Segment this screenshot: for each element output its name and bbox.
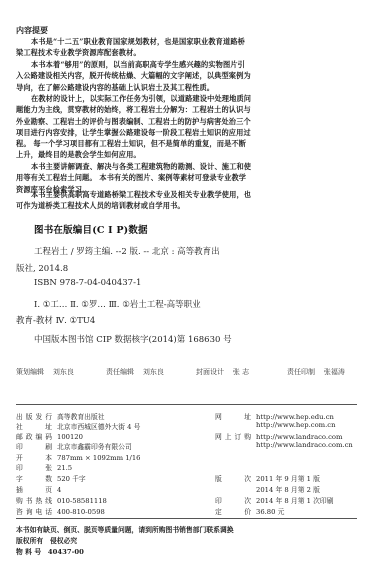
paragraph-line: 可作为道桥类工程技术人员的培训教材或自学用书。 <box>16 200 254 211</box>
credit-label: 封面设计 <box>196 368 224 376</box>
paragraph-line: 本书主要讲解调查、解决与各类工程建筑物的勘测、设计、施工和使 <box>16 161 254 172</box>
paragraph-line: 程。 每一个学习项目都有工程岩土知识，但不是简单的重复，而是不断 <box>16 138 254 149</box>
cip-line-1: 工程岩土 / 罗筠主编. --2 版. -- 北京 : 高等教育出 <box>34 245 220 257</box>
online-order-link[interactable]: http://www.landraco.com <box>256 433 342 441</box>
credit-responsible-editor: 责任编辑 刘东良 <box>106 367 164 377</box>
content-summary-heading: 内容提要 <box>16 25 48 36</box>
info-publisher: 出版发行高等教育出版社 <box>16 411 105 421</box>
info-label: 版 次 <box>215 473 251 483</box>
info-edition: 版 次2011 年 9 月第 1 版 <box>215 473 320 483</box>
info-value: 787mm × 1092mm 1/16 <box>57 454 141 462</box>
quality-notice: 本书如有缺页、倒页、脱页等质量问题，请到所购图书销售部门联系调换 <box>16 524 234 534</box>
info-label: 插 页 <box>16 484 52 494</box>
info-value: 4 <box>57 486 61 494</box>
top-divider <box>16 404 357 405</box>
info-value: 北京市西城区德外大街 4 号 <box>57 423 140 431</box>
credit-label: 责任印制 <box>287 368 315 376</box>
paragraph-line: 外业勘察、工程岩土的评价与图表编制、工程岩土的防护与病害处治三个 <box>16 116 254 127</box>
credit-name: 刘东良 <box>143 368 164 376</box>
info-value: 400-810-0598 <box>57 508 105 516</box>
summary-paragraph-2: 本书本着“够用”的原则，以当前高职高专学生感兴趣的实物图片引 入公路建设相关内容… <box>16 59 254 93</box>
info-label: 定 价 <box>215 506 251 516</box>
info-label: 印 刷 <box>16 441 52 451</box>
online-order-link[interactable]: http://www.landraco.com.cn <box>256 441 353 449</box>
info-label: 印 张 <box>16 462 52 472</box>
material-number: 物 料 号 40437-00 <box>16 546 84 556</box>
info-value: 2014 年 8 月第 2 版 <box>256 486 320 494</box>
info-label: 购书热线 <box>16 495 52 505</box>
info-consult-phone: 咨询电话400-810-0598 <box>16 506 105 516</box>
info-value: 21.5 <box>57 464 72 472</box>
paragraph-line: 导向，在了解公路建设内容的基础上认识岩土及其工程性质。 <box>16 82 254 93</box>
paragraph-line: 本书是“十二五”职业教育国家规划教材，也是国家职业教育道路桥 <box>16 36 254 47</box>
credit-planning-editor: 策划编辑 刘东良 <box>16 367 74 377</box>
info-inserts: 插 页4 <box>16 484 61 494</box>
info-website: 网 址http://www.hep.edu.cn <box>215 411 334 421</box>
info-postcode: 邮政编码100120 <box>16 431 83 441</box>
cip-library-record: 中国版本图书馆 CIP 数据核字(2014)第 168630 号 <box>34 333 232 345</box>
info-sheets: 印 张21.5 <box>16 462 72 472</box>
paragraph-line: 本书主要供高职高专道路桥梁工程技术专业及相关专业教学使用，也 <box>16 189 254 200</box>
info-value: 100120 <box>57 433 83 441</box>
info-printing: 印 次2014 年 8 月第 1 次印刷 <box>215 495 334 505</box>
info-format: 开 本787mm × 1092mm 1/16 <box>16 452 141 462</box>
paragraph-line: 本书本着“够用”的原则，以当前高职高专学生感兴趣的实物图片引 <box>16 59 254 70</box>
info-address: 社 址北京市西城区德外大街 4 号 <box>16 421 140 431</box>
info-label: 印 次 <box>215 495 251 505</box>
info-value: 2011 年 9 月第 1 版 <box>256 475 320 483</box>
credit-cover-design: 封面设计 张 志 <box>196 367 249 377</box>
info-online-order: 网上订购http://www.landraco.com <box>215 431 342 441</box>
credit-name: 张福涛 <box>324 368 345 376</box>
bottom-divider <box>16 518 357 519</box>
cip-classification-1: Ⅰ. ①工… Ⅱ. ①罗… Ⅲ. ①岩土工程-高等职业 <box>34 298 201 310</box>
info-value: 北京市鑫霸印务有限公司 <box>57 443 132 451</box>
website-link[interactable]: http://www.hep.edu.cn <box>256 413 334 421</box>
paragraph-line: 用等有关工程岩土问题。 本书有关的图片、案例等素材可登录专业教学 <box>16 172 254 183</box>
info-order-hotline: 购书热线010-58581118 <box>16 495 107 505</box>
info-label: 字 数 <box>16 473 52 483</box>
info-price: 定 价36.80 元 <box>215 506 284 516</box>
cip-isbn: ISBN 978-7-04-040437-1 <box>34 278 141 288</box>
info-label: 社 址 <box>16 421 52 431</box>
paragraph-line: 项目进行内容安排，让学生掌握公路建设每一阶段工程岩土知识的应用过 <box>16 127 254 138</box>
info-website-alt: http://www.hep.com.cn <box>215 421 335 429</box>
info-value: 010-58581118 <box>57 497 107 505</box>
info-word-count: 字 数520 千字 <box>16 473 86 483</box>
info-label: 咨询电话 <box>16 506 52 516</box>
info-online-order-alt: http://www.landraco.com.cn <box>215 441 353 449</box>
credit-name: 刘东良 <box>53 368 74 376</box>
info-label: 出版发行 <box>16 411 52 421</box>
credit-name: 张 志 <box>233 368 249 376</box>
cip-classification-2: 教育-教材 Ⅳ. ①TU4 <box>16 314 95 326</box>
summary-paragraph-5: 本书主要供高职高专道路桥梁工程技术专业及相关专业教学使用，也 可作为道桥类工程技… <box>16 189 254 212</box>
cip-title: 图书在版编目(C I P)数据 <box>34 222 148 236</box>
info-label: 开 本 <box>16 452 52 462</box>
info-value: 高等教育出版社 <box>57 413 105 421</box>
credit-label: 策划编辑 <box>16 368 44 376</box>
summary-paragraph-3: 在教材的设计上，以实际工作任务为引领，以道路建设中处理地质问 题能力为主线，贯穿… <box>16 93 254 161</box>
copyright-notice: 版权所有 侵权必究 <box>16 535 77 545</box>
website-link[interactable]: http://www.hep.com.cn <box>256 421 335 429</box>
credit-label: 责任编辑 <box>106 368 134 376</box>
cip-line-2: 版社, 2014.8 <box>16 262 68 274</box>
info-value: 520 千字 <box>57 475 86 483</box>
summary-paragraph-1: 本书是“十二五”职业教育国家规划教材，也是国家职业教育道路桥 梁工程技术专业教学… <box>16 36 254 59</box>
info-edition-2: 2014 年 8 月第 2 版 <box>215 484 320 494</box>
paragraph-line: 入公路建设相关内容，脱开传统枯燥、大篇幅的文字阐述，以典型案例为 <box>16 70 254 81</box>
info-value: 36.80 元 <box>256 508 284 516</box>
paragraph-line: 上升，最终目的是教会学生如何应用。 <box>16 149 254 160</box>
info-printer: 印 刷北京市鑫霸印务有限公司 <box>16 441 132 451</box>
paragraph-line: 题能力为主线，贯穿教材的始终，将工程岩土分解为：工程岩土的认识与 <box>16 104 254 115</box>
info-label: 网 址 <box>215 411 251 421</box>
paragraph-line: 在教材的设计上，以实际工作任务为引领，以道路建设中处理地质问 <box>16 93 254 104</box>
paragraph-line: 梁工程技术专业教学资源库配套教材。 <box>16 47 254 58</box>
info-value: 2014 年 8 月第 1 次印刷 <box>256 497 334 505</box>
info-label: 网上订购 <box>215 431 251 441</box>
info-label: 邮政编码 <box>16 431 52 441</box>
credit-print-supervisor: 责任印制 张福涛 <box>287 367 345 377</box>
